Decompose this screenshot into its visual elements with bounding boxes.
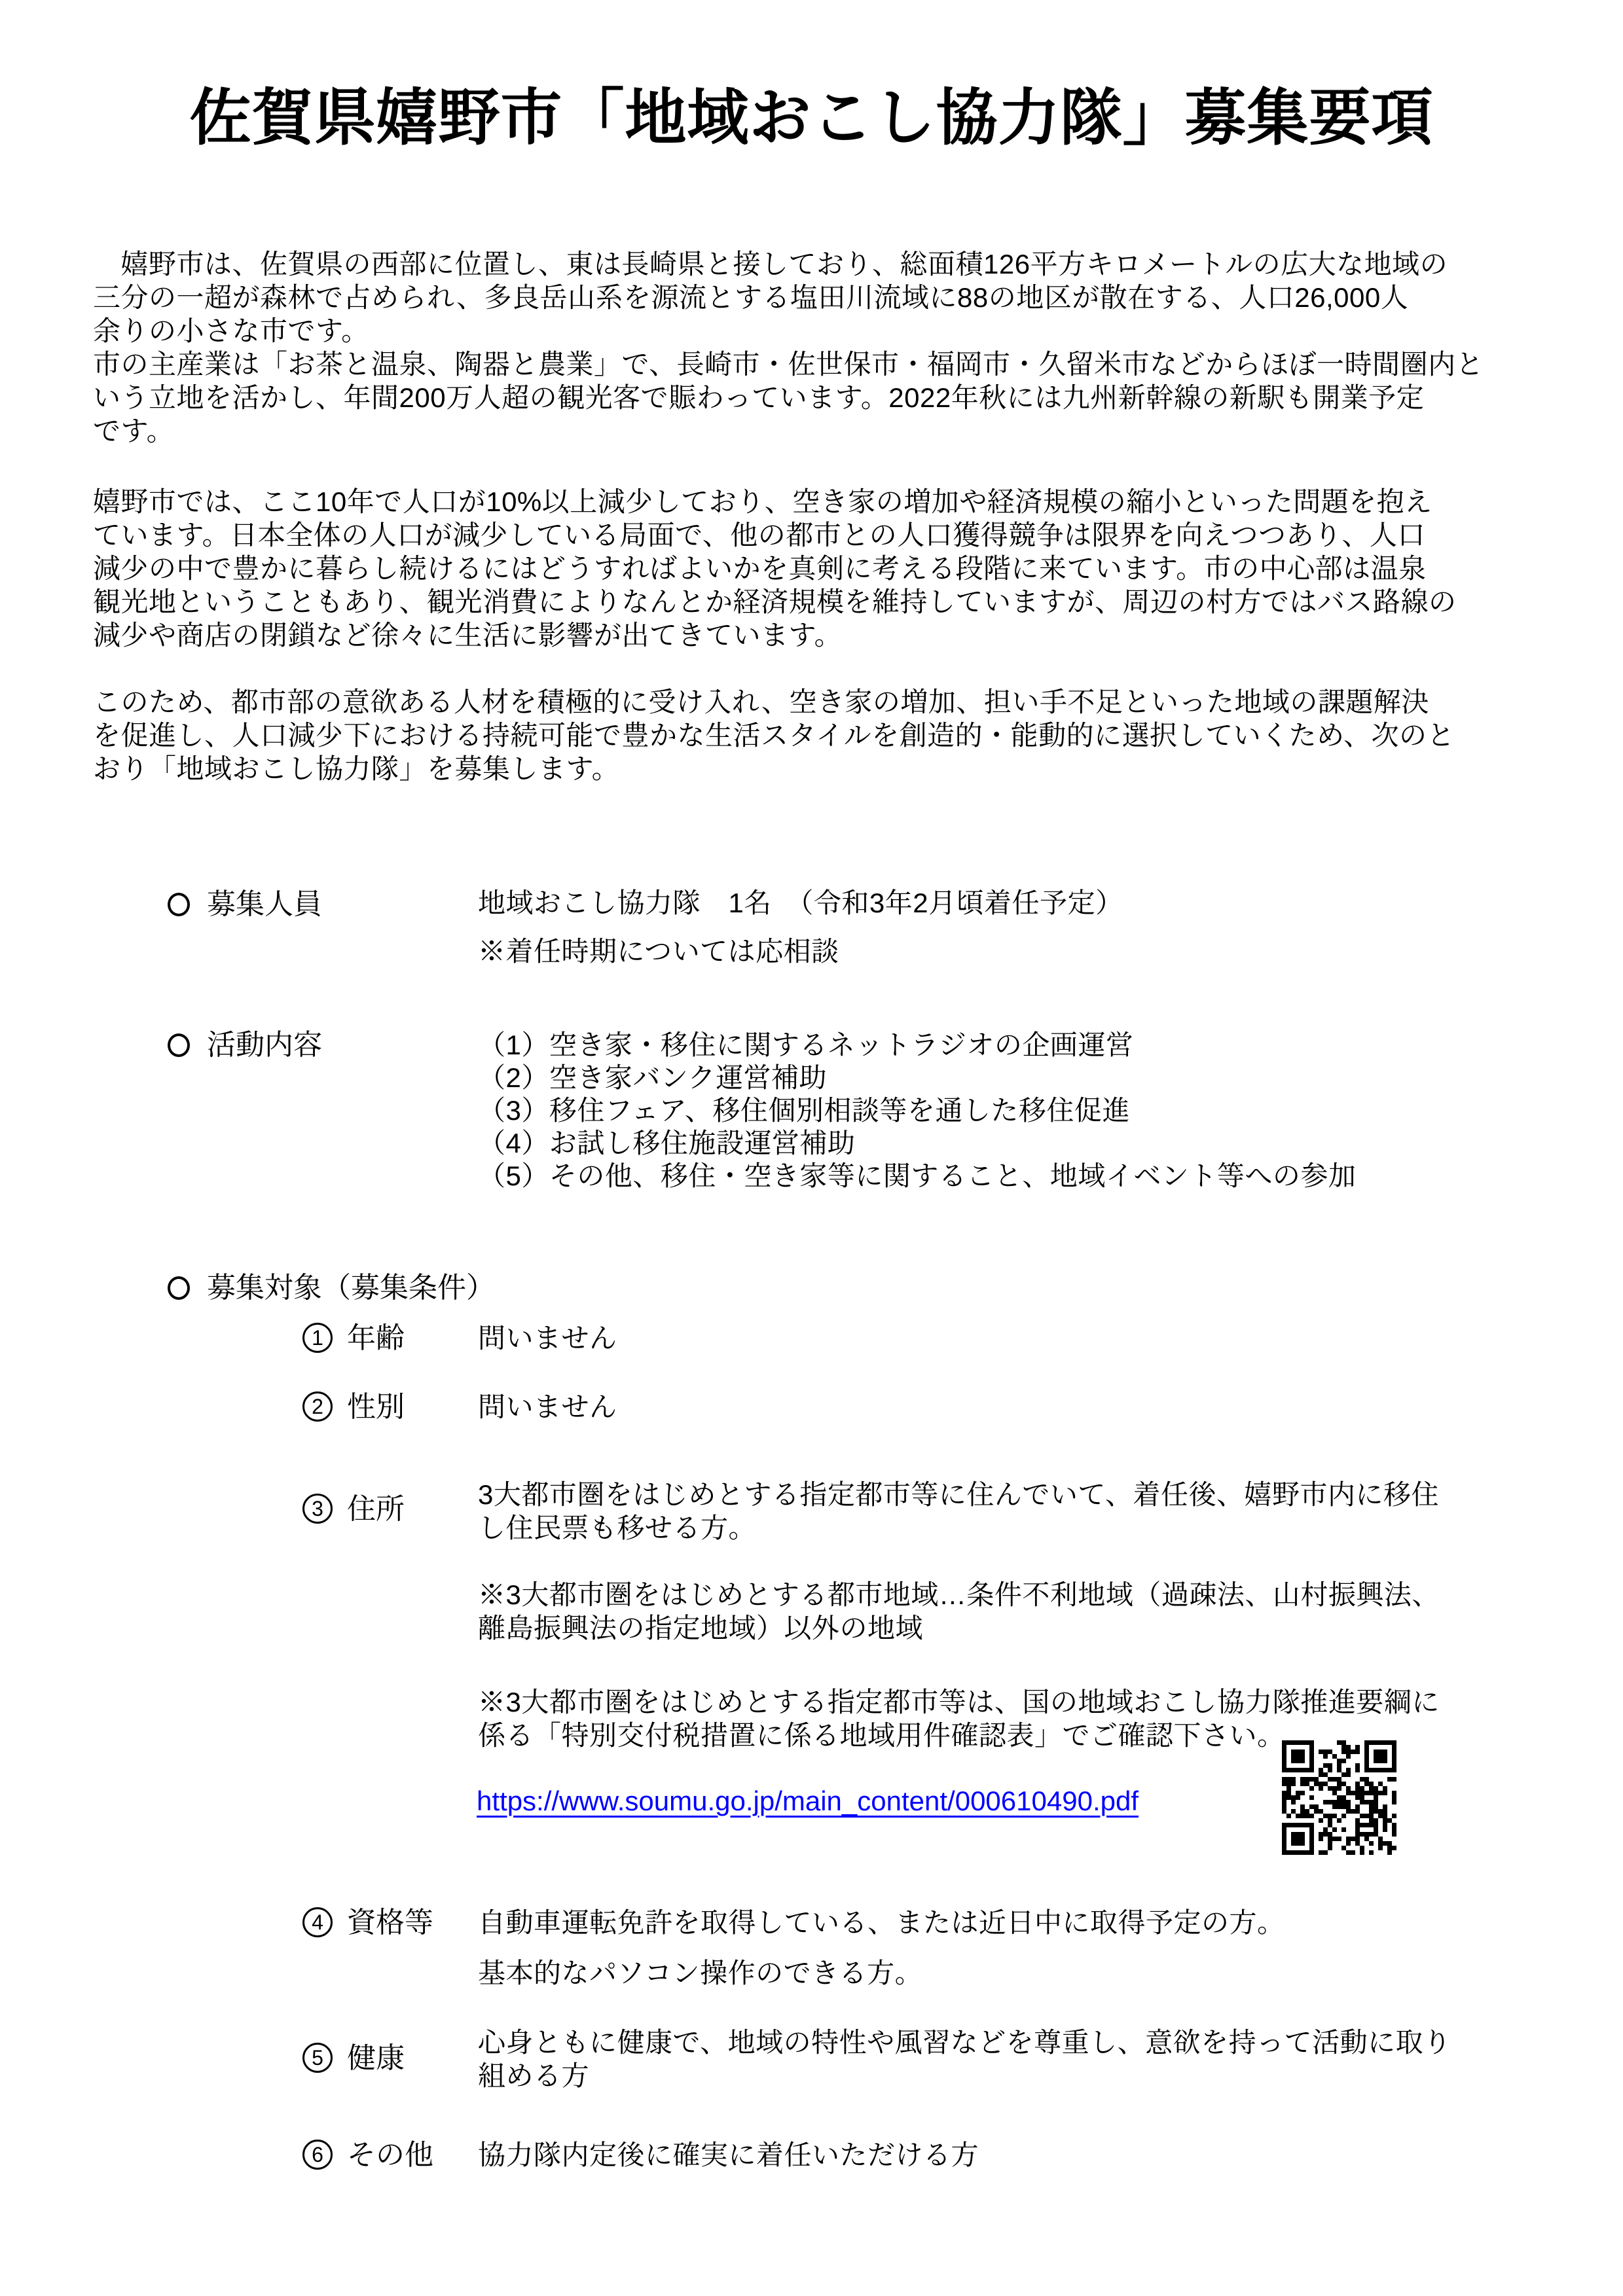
circle-bullet-icon — [168, 1276, 190, 1300]
condition-6-label: その他 — [347, 2138, 433, 2172]
intro-paragraph-1: 嬉野市は、佐賀県の西部に位置し、東は長崎県と接しており、総面積126平方キロメー… — [93, 247, 1579, 448]
condition-3-note-1: ※3大都市圏をはじめとする都市地域…条件不利地域（過疎法、山村振興法、 離島振興… — [478, 1578, 1552, 1645]
recruit-count-value: 地域おこし協力隊 1名 （令和3年2月頃着任予定） — [478, 886, 1123, 920]
intro-paragraph-2: 嬉野市では、ここ10年で人口が10%以上減少しており、空き家の増加や経済規模の縮… — [93, 485, 1579, 652]
condition-1-text: 問いません — [478, 1321, 617, 1355]
circle-bullet-icon — [168, 1033, 190, 1057]
condition-6-number-icon: 6 — [302, 2140, 333, 2170]
confirmation-link-row: https://www.soumu.go.jp/main_content/000… — [477, 1784, 1139, 1818]
page-title: 佐賀県嬉野市「地域おこし協力隊」募集要項 — [0, 68, 1623, 156]
condition-2-label: 性別 — [347, 1390, 405, 1424]
condition-5-label: 健康 — [347, 2041, 405, 2075]
condition-3-number-icon: 3 — [302, 1494, 333, 1524]
condition-2-text: 問いません — [478, 1390, 617, 1424]
circle-bullet-icon — [168, 893, 190, 916]
recruit-count-note: ※着任時期については応相談 — [478, 935, 839, 968]
condition-4-label: 資格等 — [347, 1906, 433, 1939]
section-recruit-count-label: 募集人員 — [207, 888, 322, 921]
section-target-label: 募集対象（募集条件） — [207, 1271, 495, 1304]
condition-3-text: 3大都市圏をはじめとする指定都市等に住んでいて、着任後、嬉野市内に移住 し住民票… — [478, 1478, 1552, 1545]
activities-list: （1）空き家・移住に関するネットラジオの企画運営 （2）空き家バンク運営補助 （… — [478, 1029, 1552, 1193]
qr-code — [1282, 1740, 1396, 1855]
intro-paragraph-3: このため、都市部の意欲ある人材を積極的に受け入れ、空き家の増加、担い手不足といっ… — [93, 685, 1579, 785]
section-recruit-count: 募集人員 — [168, 888, 322, 921]
condition-1-label: 年齢 — [347, 1321, 405, 1355]
condition-4-text-2: 基本的なパソコン操作のできる方。 — [478, 1956, 922, 1990]
document-page: 佐賀県嬉野市「地域おこし協力隊」募集要項 嬉野市は、佐賀県の西部に位置し、東は長… — [0, 0, 1623, 2296]
condition-6-text: 協力隊内定後に確実に着任いただける方 — [478, 2138, 979, 2172]
section-target: 募集対象（募集条件） — [168, 1271, 495, 1304]
section-activities: 活動内容 — [168, 1028, 322, 1062]
condition-2-number-icon: 2 — [302, 1391, 333, 1422]
section-activities-label: 活動内容 — [207, 1028, 322, 1062]
condition-1-number-icon: 1 — [302, 1323, 333, 1353]
condition-5-number-icon: 5 — [302, 2043, 333, 2073]
condition-4-number-icon: 4 — [302, 1907, 333, 1937]
condition-4-text: 自動車運転免許を取得している、または近日中に取得予定の方。 — [478, 1906, 1285, 1939]
condition-3-label: 住所 — [347, 1492, 405, 1526]
condition-5-text: 心身ともに健康で、地域の特性や風習などを尊重し、意欲を持って活動に取り 組める方 — [478, 2026, 1552, 2092]
soumu-pdf-link[interactable]: https://www.soumu.go.jp/main_content/000… — [477, 1785, 1139, 1816]
